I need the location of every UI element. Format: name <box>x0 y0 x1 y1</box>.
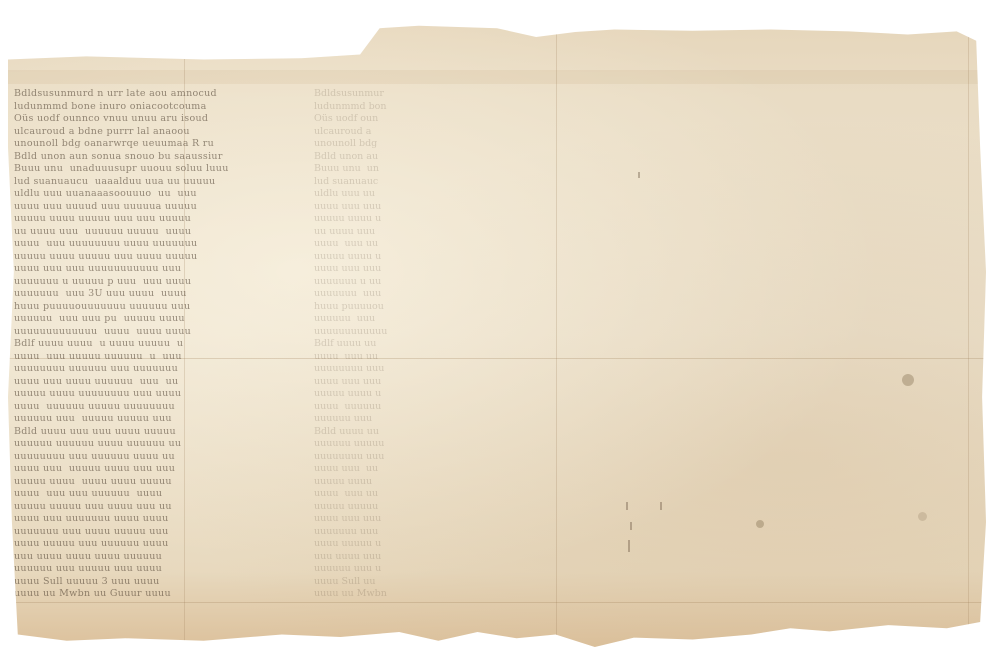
faded-newspaper-text: Bdldsusunmurd n urr late aou amnocud lud… <box>14 88 314 618</box>
stain <box>918 512 927 521</box>
speck <box>628 540 630 552</box>
speck <box>660 502 662 510</box>
speck <box>630 522 632 530</box>
vertical-fold-right <box>968 22 969 647</box>
speck <box>626 502 628 510</box>
faded-newspaper-text-ghost: Bdldsusunmur ludunmmd bon Oüs uodf oun u… <box>314 88 404 618</box>
vertical-fold-center <box>556 22 557 647</box>
torn-paper: Bdldsusunmurd n urr late aou amnocud lud… <box>8 22 986 647</box>
top-strip <box>8 72 986 84</box>
stain <box>756 520 764 528</box>
speck <box>638 172 640 178</box>
stain <box>902 374 914 386</box>
